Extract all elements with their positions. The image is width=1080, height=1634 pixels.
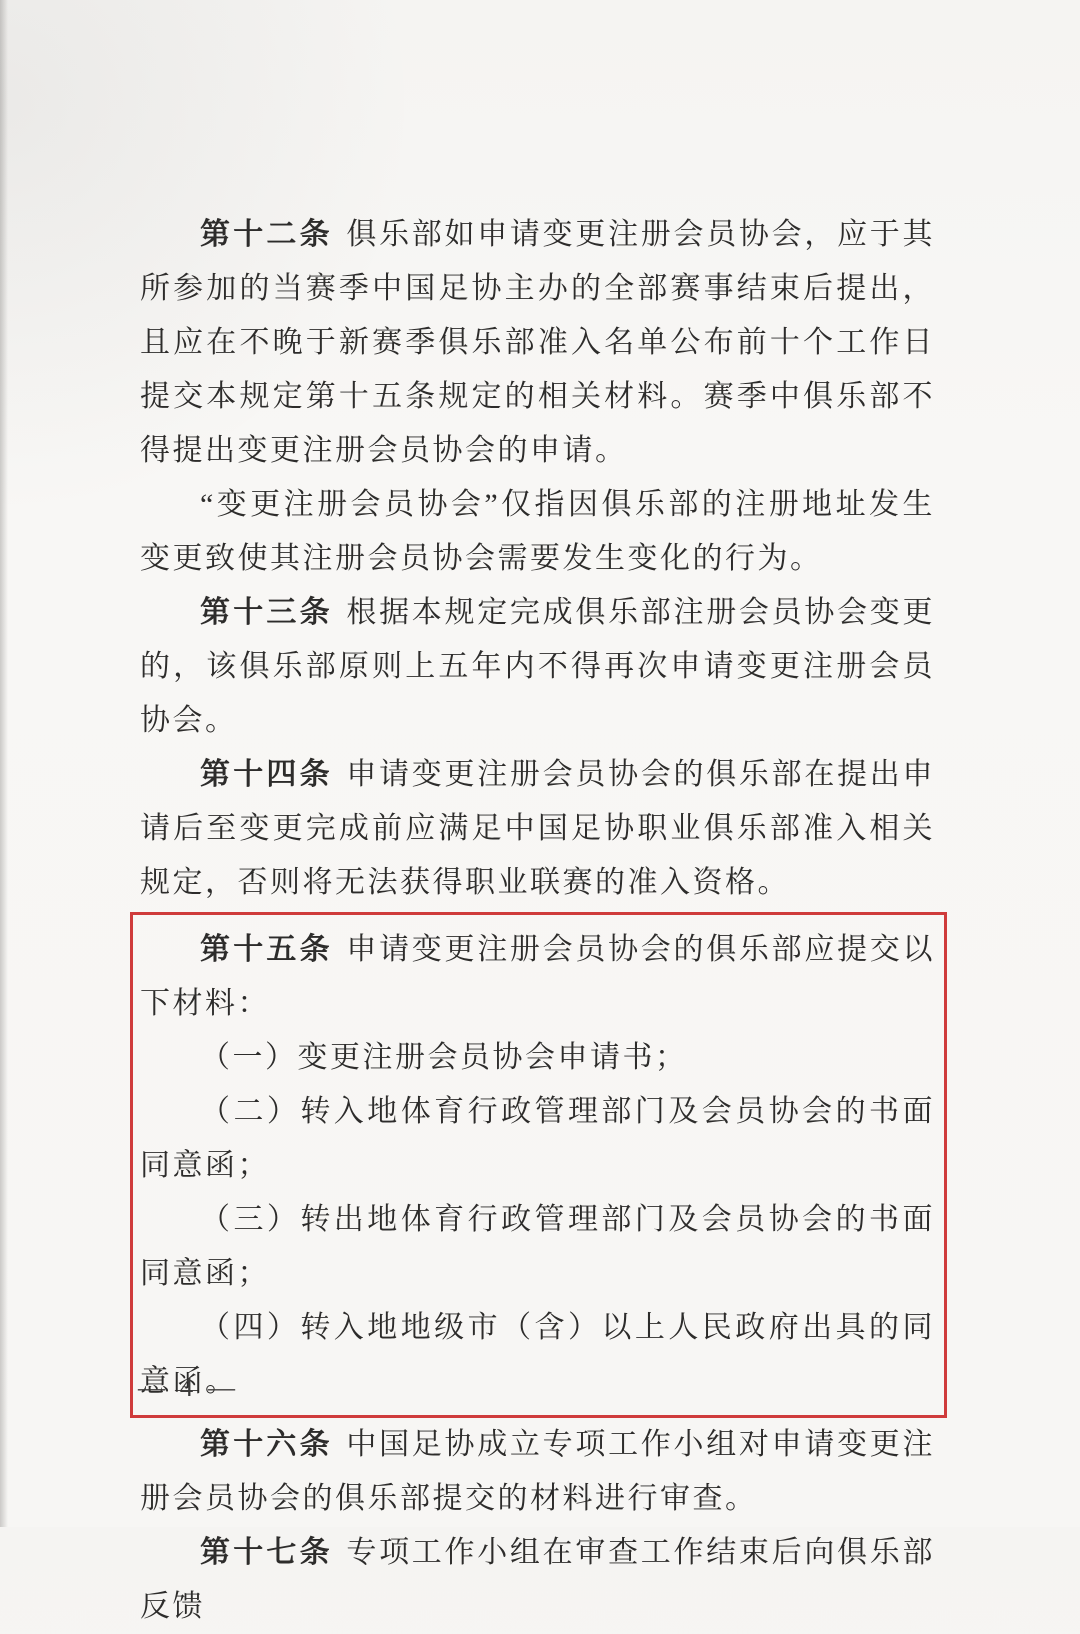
article-16-label: 第十六条 bbox=[200, 1428, 333, 1461]
article-13-label: 第十三条 bbox=[200, 596, 333, 629]
list-item-1: （一）变更注册会员协会申请书； bbox=[140, 1031, 935, 1085]
paragraph-article-14: 第十四条申请变更注册会员协会的俱乐部在提出申请后至变更完成前应满足中国足协职业俱… bbox=[140, 748, 935, 910]
red-highlight-box: 第十五条申请变更注册会员协会的俱乐部应提交以下材料： （一）变更注册会员协会申请… bbox=[130, 912, 947, 1418]
list-item-3: （三）转出地体育行政管理部门及会员协会的书面同意函； bbox=[140, 1193, 935, 1301]
document-page: 第十二条俱乐部如申请变更注册会员协会，应于其所参加的当赛季中国足协主办的全部赛事… bbox=[140, 208, 935, 1527]
definition-text: “变更注册会员协会”仅指因俱乐部的注册地址发生变更致使其注册会员协会需要发生变化… bbox=[140, 488, 935, 575]
article-12-label: 第十二条 bbox=[200, 218, 333, 251]
scan-edge-shadow bbox=[0, 0, 8, 1527]
article-12-text: 俱乐部如申请变更注册会员协会，应于其所参加的当赛季中国足协主办的全部赛事结束后提… bbox=[140, 218, 935, 467]
list-item-2: （二）转入地体育行政管理部门及会员协会的书面同意函； bbox=[140, 1085, 935, 1193]
paragraph-article-15: 第十五条申请变更注册会员协会的俱乐部应提交以下材料： bbox=[140, 923, 935, 1031]
paragraph-article-16: 第十六条中国足协成立专项工作小组对申请变更注册会员协会的俱乐部提交的材料进行审查… bbox=[140, 1418, 935, 1526]
paragraph-article-12: 第十二条俱乐部如申请变更注册会员协会，应于其所参加的当赛季中国足协主办的全部赛事… bbox=[140, 208, 935, 478]
list-item-4: （四）转入地地级市（含）以上人民政府出具的同意函。 bbox=[140, 1301, 935, 1409]
paragraph-article-13: 第十三条根据本规定完成俱乐部注册会员协会变更的，该俱乐部原则上五年内不得再次申请… bbox=[140, 586, 935, 748]
article-14-label: 第十四条 bbox=[200, 758, 333, 791]
paragraph-definition: “变更注册会员协会”仅指因俱乐部的注册地址发生变更致使其注册会员协会需要发生变化… bbox=[140, 478, 935, 586]
page-number: — 4 — bbox=[138, 1372, 239, 1403]
article-15-label: 第十五条 bbox=[200, 933, 333, 966]
